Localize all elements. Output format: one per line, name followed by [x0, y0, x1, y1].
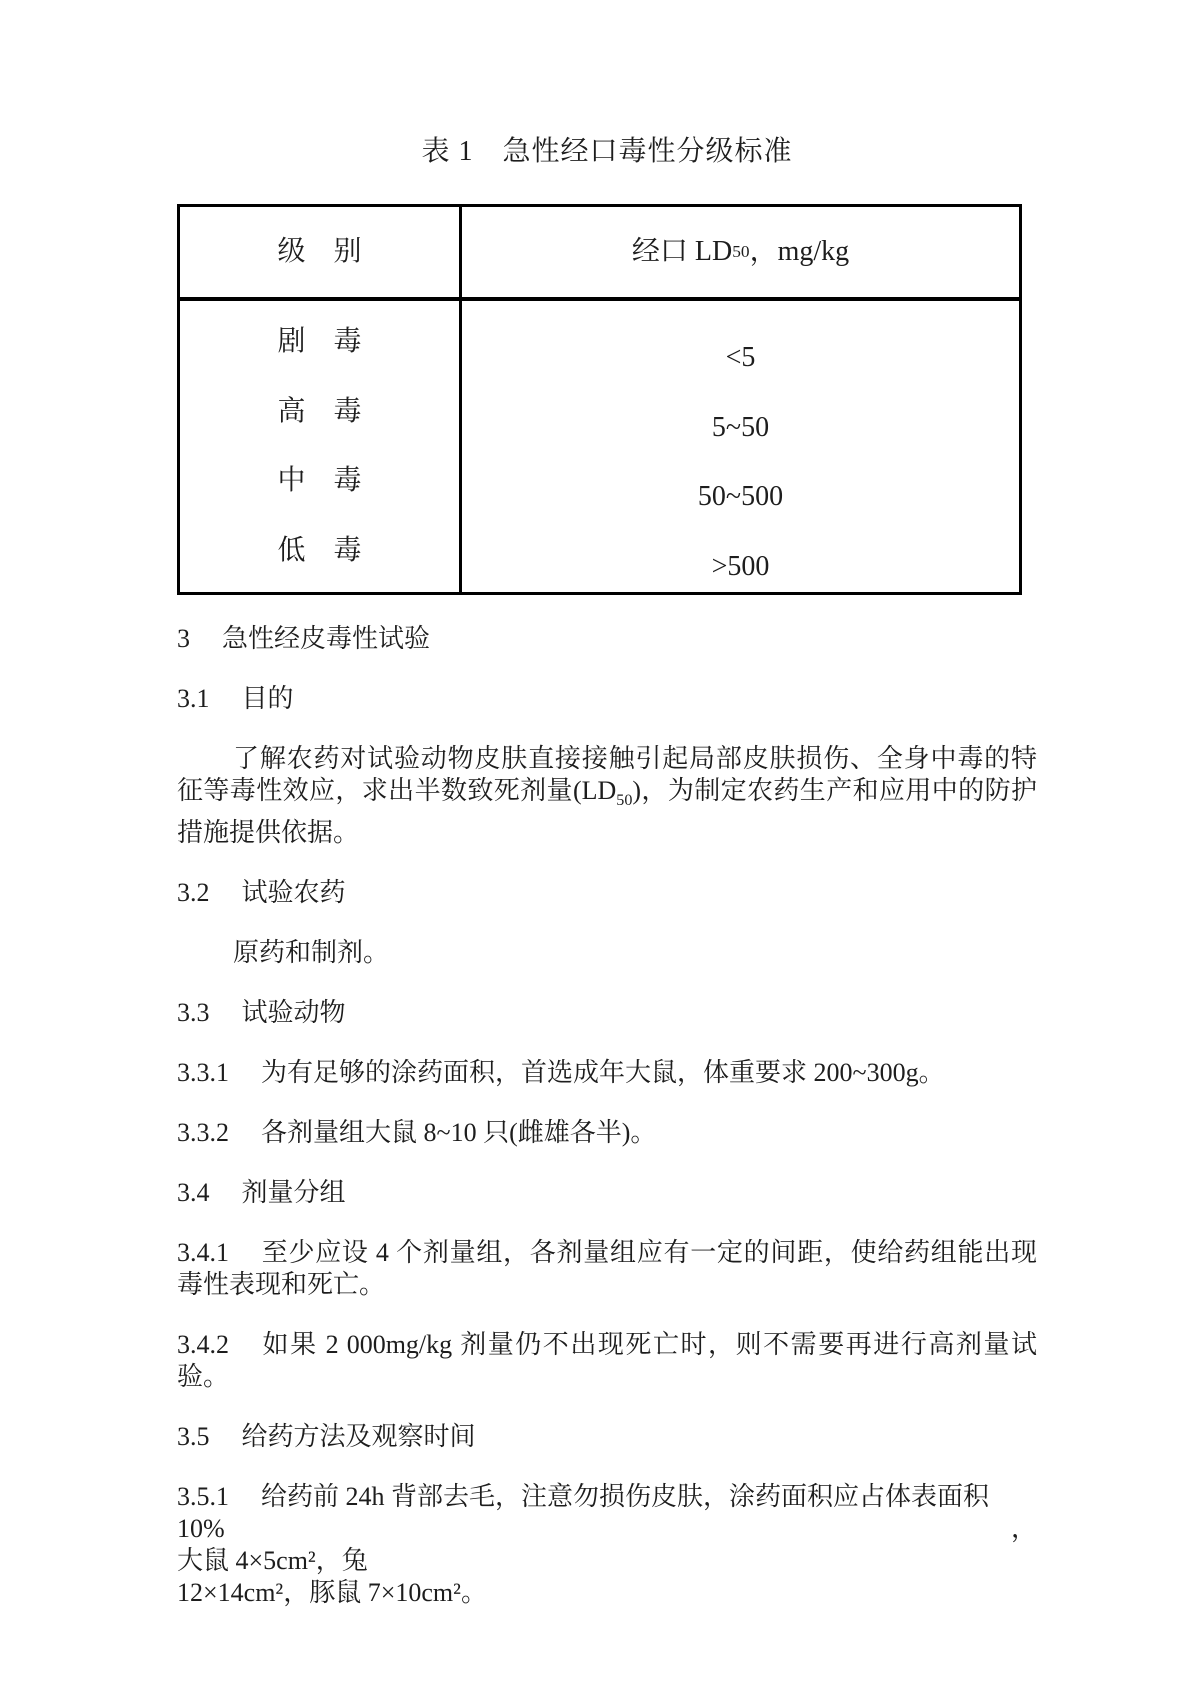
paragraph-3-3-1: 3.3.1为有足够的涂药面积，首选成年大鼠，体重要求 200~300g。 — [177, 1057, 1037, 1089]
clause-number: 3.5 — [177, 1422, 210, 1451]
table-cell-value: 5~50 — [462, 412, 1019, 444]
toxicity-table: 级 别 经口 LD50，mg/kg 剧 毒 高 毒 中 毒 低 毒 <5 5~5… — [177, 204, 1022, 595]
table-cell-value: 50~500 — [462, 481, 1019, 513]
table-header-ld: 经口 LD50，mg/kg — [462, 207, 1019, 301]
table-cell-level: 低 毒 — [180, 535, 459, 567]
clause-title: 目的 — [242, 684, 294, 713]
paragraph-text: 至少应设 4 个剂量组，各剂量组应有一定的间距，使给药组能出现毒性表现和死亡。 — [177, 1238, 1037, 1299]
clause-number: 3.4 — [177, 1178, 210, 1207]
clause-number: 3.4.2 — [177, 1330, 229, 1359]
clause-number: 3 — [177, 624, 190, 653]
level-column: 剧 毒 高 毒 中 毒 低 毒 — [180, 301, 462, 592]
clause-title: 试验动物 — [242, 998, 346, 1027]
paragraph-3-1: 了解农药对试验动物皮肤直接接触引起局部皮肤损伤、全身中毒的特征等毒性效应，求出半… — [177, 743, 1037, 849]
clause-title: 试验农药 — [242, 878, 346, 907]
table-cell-level: 中 毒 — [180, 465, 459, 497]
page-content: 表 1 急性经口毒性分级标准 级 别 经口 LD50，mg/kg 剧 毒 高 毒… — [0, 0, 1200, 1696]
table-cell-level: 剧 毒 — [180, 326, 459, 358]
table-caption: 表 1 急性经口毒性分级标准 — [177, 136, 1037, 168]
paragraph-line: 12×14cm²，豚鼠 7×10cm²。 — [177, 1577, 1037, 1609]
table-cell-level: 高 毒 — [180, 396, 459, 428]
paragraph-line: 大鼠 4×5cm²，兔 — [177, 1545, 1037, 1577]
paragraph-3-5-1: 3.5.1给药前 24h 背部去毛，注意勿损伤皮肤，涂药面积应占体表面积 10%… — [177, 1481, 1037, 1609]
paragraph-3-4-2: 3.4.2如果 2 000mg/kg 剂量仍不出现死亡时，则不需要再进行高剂量试… — [177, 1329, 1037, 1393]
paragraph-text: 各剂量组大鼠 8~10 只(雌雄各半)。 — [261, 1118, 656, 1147]
value-column: <5 5~50 50~500 >500 — [462, 317, 1019, 608]
paragraph-text: 为有足够的涂药面积，首选成年大鼠，体重要求 200~300g。 — [261, 1058, 945, 1087]
table-header-level: 级 别 — [180, 207, 462, 301]
section-heading-3-4: 3.4剂量分组 — [177, 1177, 1037, 1209]
clause-number: 3.3.1 — [177, 1058, 229, 1087]
header-level-label: 级 别 — [277, 236, 361, 268]
document-page: 表 1 急性经口毒性分级标准 级 别 经口 LD50，mg/kg 剧 毒 高 毒… — [0, 0, 1200, 1696]
section-heading-3-1: 3.1目的 — [177, 683, 1037, 715]
clause-number: 3.1 — [177, 684, 210, 713]
header-ld-subscript: 50 — [732, 236, 749, 268]
paragraph-3-3-2: 3.3.2各剂量组大鼠 8~10 只(雌雄各半)。 — [177, 1117, 1037, 1149]
clause-title: 给药方法及观察时间 — [242, 1422, 476, 1451]
clause-number: 3.2 — [177, 878, 210, 907]
paragraph-line: 3.5.1给药前 24h 背部去毛，注意勿损伤皮肤，涂药面积应占体表面积 10%… — [177, 1481, 1037, 1545]
clause-title: 急性经皮毒性试验 — [222, 624, 430, 653]
table-cell-value: <5 — [462, 342, 1019, 374]
clause-number: 3.3.2 — [177, 1118, 229, 1147]
clause-number: 3.4.1 — [177, 1238, 229, 1267]
clause-number: 3.5.1 — [177, 1482, 229, 1511]
clause-number: 3.3 — [177, 998, 210, 1027]
paragraph-text: 原药和制剂。 — [233, 938, 389, 967]
table-cell-value: >500 — [462, 551, 1019, 583]
section-heading-3: 3急性经皮毒性试验 — [177, 623, 1037, 655]
ld50-subscript: 50 — [616, 792, 632, 809]
paragraph-3-2: 原药和制剂。 — [177, 937, 1037, 969]
section-heading-3-2: 3.2试验农药 — [177, 877, 1037, 909]
paragraph-text: 如果 2 000mg/kg 剂量仍不出现死亡时，则不需要再进行高剂量试验。 — [177, 1330, 1037, 1391]
section-heading-3-5: 3.5给药方法及观察时间 — [177, 1421, 1037, 1453]
header-ld-suffix: ，mg/kg — [750, 236, 850, 268]
header-ld-prefix: 经口 LD — [632, 236, 732, 268]
paragraph-text: 给药前 24h 背部去毛，注意勿损伤皮肤，涂药面积应占体表面积 10%， — [177, 1482, 1037, 1543]
section-heading-3-3: 3.3试验动物 — [177, 997, 1037, 1029]
clause-title: 剂量分组 — [242, 1178, 346, 1207]
paragraph-3-4-1: 3.4.1至少应设 4 个剂量组，各剂量组应有一定的间距，使给药组能出现毒性表现… — [177, 1237, 1037, 1301]
